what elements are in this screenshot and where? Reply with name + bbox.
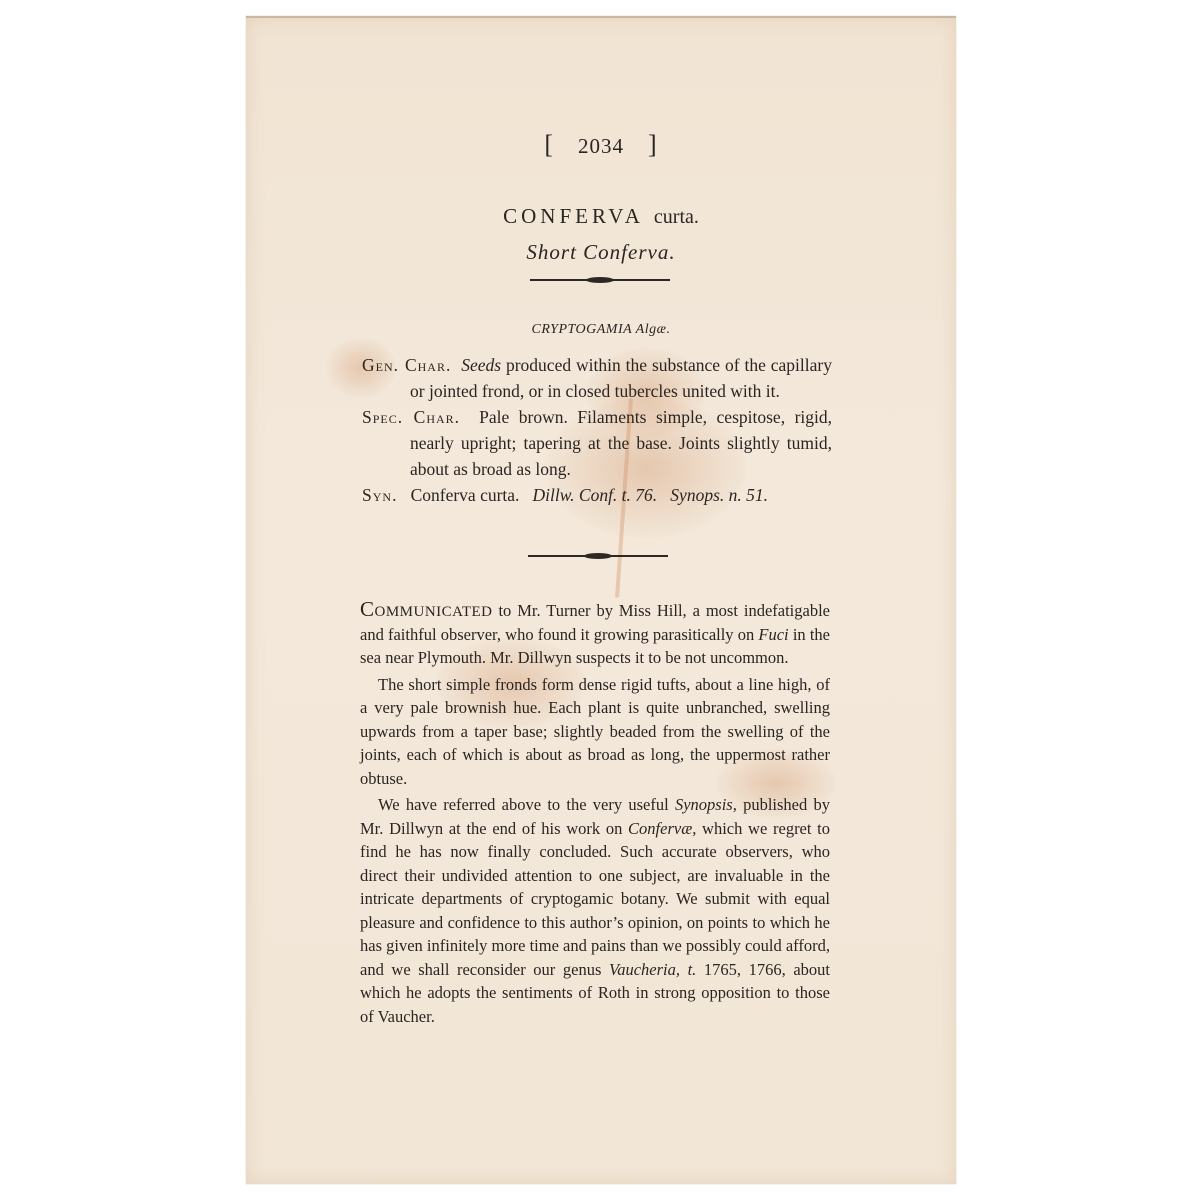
lead-word: Communicated bbox=[360, 597, 493, 621]
syn-text: Conferva curta. bbox=[411, 485, 520, 505]
book-page: [2034] CONFERVAcurta. Short Conferva. CR… bbox=[246, 16, 956, 1184]
paragraph-3: We have referred above to the very usefu… bbox=[360, 793, 830, 1028]
spec-char-label: Spec. Char. bbox=[362, 407, 460, 427]
bracket-left: [ bbox=[544, 130, 554, 159]
spec-char-text: Pale brown. Filaments simple, cespitose,… bbox=[410, 407, 832, 479]
genus-name: CONFERVA bbox=[503, 204, 644, 228]
page-number-value: 2034 bbox=[578, 134, 624, 158]
common-name: Short Conferva. bbox=[246, 240, 956, 265]
syn-ref-dillwyn: Dillw. Conf. t. 76. bbox=[533, 485, 658, 505]
syn-ref-synopsis: Synops. n. 51. bbox=[670, 485, 768, 505]
classification-heading: CRYPTOGAMIA Algæ. bbox=[246, 322, 956, 338]
species-title: CONFERVAcurta. bbox=[246, 204, 956, 229]
bracket-right: ] bbox=[648, 130, 658, 159]
ornamental-rule-middle bbox=[528, 555, 668, 557]
species-epithet: curta. bbox=[654, 206, 699, 228]
ornamental-rule-top bbox=[530, 279, 670, 281]
syn-label: Syn. bbox=[362, 485, 397, 505]
generic-character: Gen. Char. Seeds produced within the sub… bbox=[362, 352, 832, 404]
specific-character: Spec. Char. Pale brown. Filaments simple… bbox=[362, 404, 832, 482]
synonymy: Syn. Conferva curta. Dillw. Conf. t. 76.… bbox=[362, 482, 832, 508]
paragraph-1: Communicated to Mr. Turner by Miss Hill,… bbox=[360, 598, 830, 670]
page-number: [2034] bbox=[246, 130, 956, 160]
paragraph-2: The short simple fronds form dense rigid… bbox=[360, 673, 830, 791]
gen-char-lead: Seeds bbox=[461, 355, 501, 375]
description-body: Communicated to Mr. Turner by Miss Hill,… bbox=[360, 598, 830, 1028]
characters-block: Gen. Char. Seeds produced within the sub… bbox=[362, 352, 832, 508]
gen-char-label: Gen. Char. bbox=[362, 355, 451, 375]
